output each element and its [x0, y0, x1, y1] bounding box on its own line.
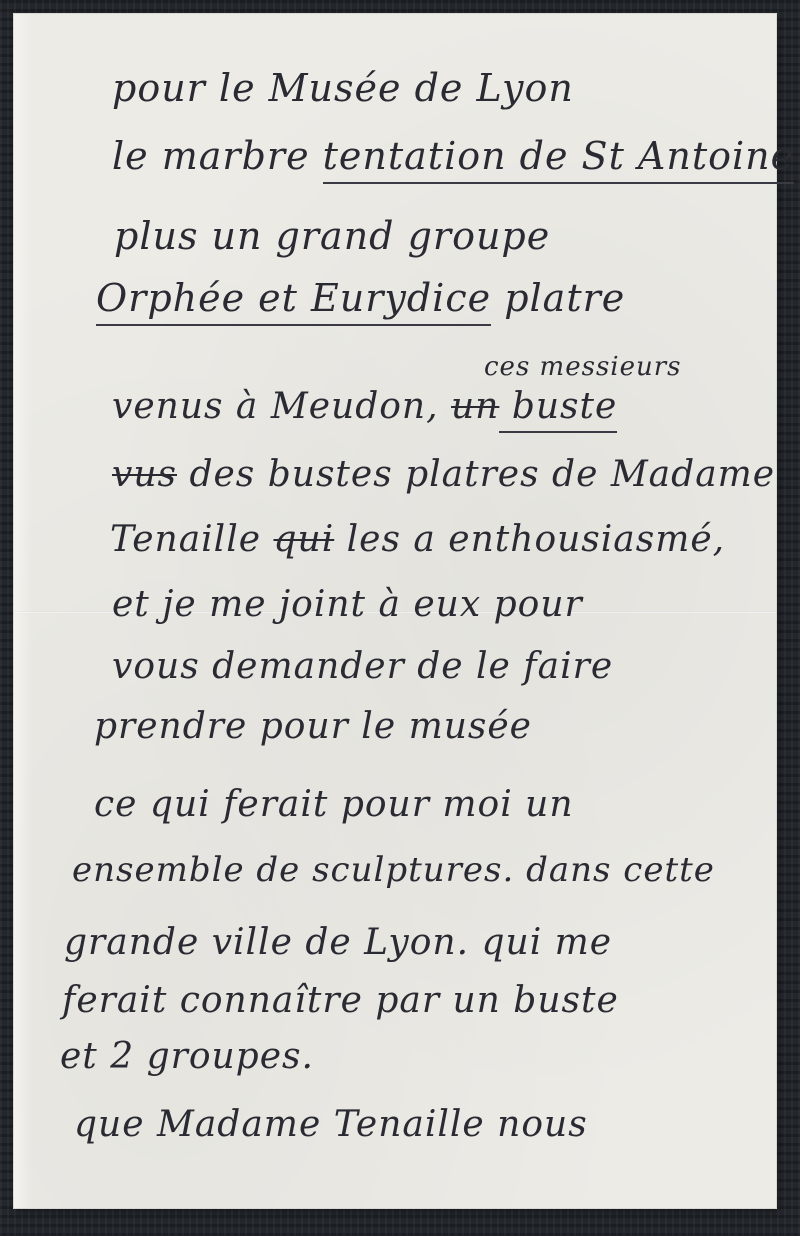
line-text: buste: [499, 386, 617, 433]
line-text: plus un grand groupe: [114, 214, 550, 258]
letter-line-9: vous demander de le faire: [112, 646, 613, 687]
line-text: et je me joint à eux pour: [112, 584, 583, 625]
struck-word: vus: [112, 454, 177, 495]
line-text: platre: [491, 276, 625, 320]
underlined-title-orphee: Orphée et Eurydice: [96, 276, 491, 326]
line-text: ce qui ferait pour moi un: [94, 784, 574, 825]
line-text: venus à Meudon,: [112, 386, 439, 427]
letter-line-2: le marbre tentation de St Antoine: [112, 134, 794, 178]
line-text: des bustes platres de Madame: [177, 454, 775, 495]
letter-line-8: et je me joint à eux pour: [112, 584, 583, 625]
letter-line-3: plus un grand groupe: [114, 214, 550, 258]
struck-word: un: [451, 386, 499, 427]
letter-line-14: ferait connaître par un buste: [62, 980, 619, 1021]
line-text: vous demander de le faire: [112, 646, 613, 687]
line-text: prendre pour le musée: [94, 706, 532, 747]
letter-page: pour le Musée de Lyon le marbre tentatio…: [14, 14, 776, 1208]
letter-line-12: ensemble de sculptures. dans cette: [72, 850, 715, 890]
line-text: le marbre: [112, 134, 323, 178]
struck-word: qui: [273, 519, 334, 560]
underlined-title-tentation: tentation de St Antoine: [323, 134, 794, 184]
letter-line-6: vus des bustes platres de Madame: [112, 454, 775, 495]
letter-line-4: Orphée et Eurydice platre: [96, 276, 625, 320]
line-text: Tenaille: [110, 519, 273, 560]
letter-line-1: pour le Musée de Lyon: [112, 66, 574, 110]
letter-line-7: Tenaille qui les a enthousiasmé,: [110, 519, 725, 560]
line-text: que Madame Tenaille nous: [74, 1104, 588, 1145]
letter-line-16: que Madame Tenaille nous: [74, 1104, 588, 1145]
letter-line-10: prendre pour le musée: [94, 706, 532, 747]
letter-line-13: grande ville de Lyon. qui me: [64, 922, 612, 963]
interlinear-insertion: ces messieurs: [484, 352, 682, 382]
line-text: ensemble de sculptures. dans cette: [72, 850, 715, 890]
line-text: ces messieurs: [484, 352, 682, 382]
line-text: les a enthousiasmé,: [334, 519, 725, 560]
letter-line-11: ce qui ferait pour moi un: [94, 784, 574, 825]
letter-line-5: venus à Meudon, un buste: [112, 386, 617, 427]
line-text: pour le Musée de Lyon: [112, 66, 574, 110]
line-text: et 2 groupes.: [60, 1036, 314, 1077]
line-text: ferait connaître par un buste: [62, 980, 619, 1021]
line-text: grande ville de Lyon. qui me: [64, 922, 612, 963]
letter-line-15: et 2 groupes.: [60, 1036, 314, 1077]
